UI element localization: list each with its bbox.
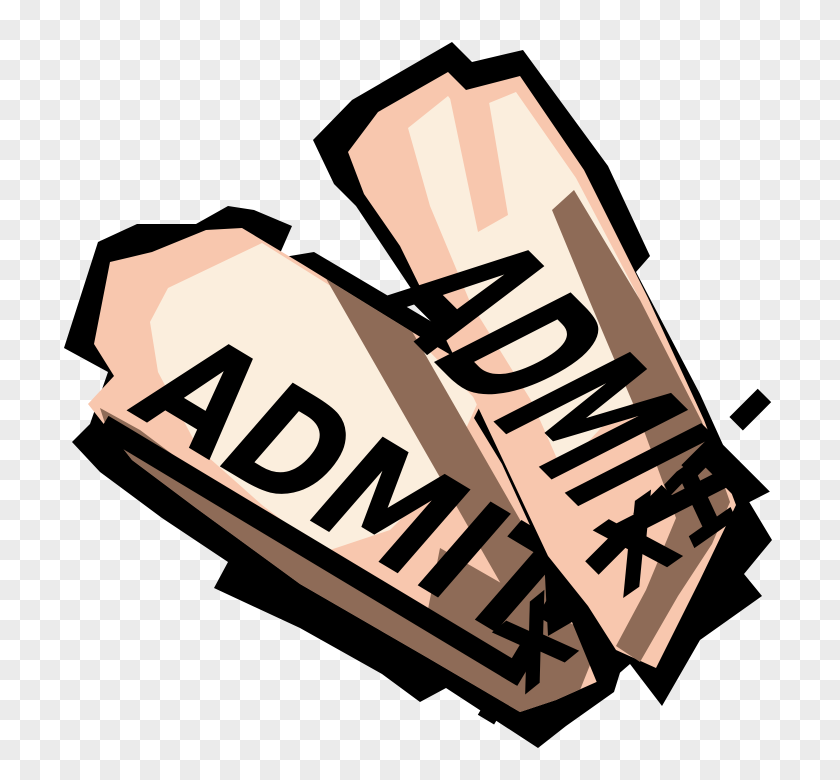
tickets-illustration: ADMIT X1 ADMIT X1: [0, 0, 840, 780]
transparency-checkerboard-background: ADMIT X1 ADMIT X1: [0, 0, 840, 780]
